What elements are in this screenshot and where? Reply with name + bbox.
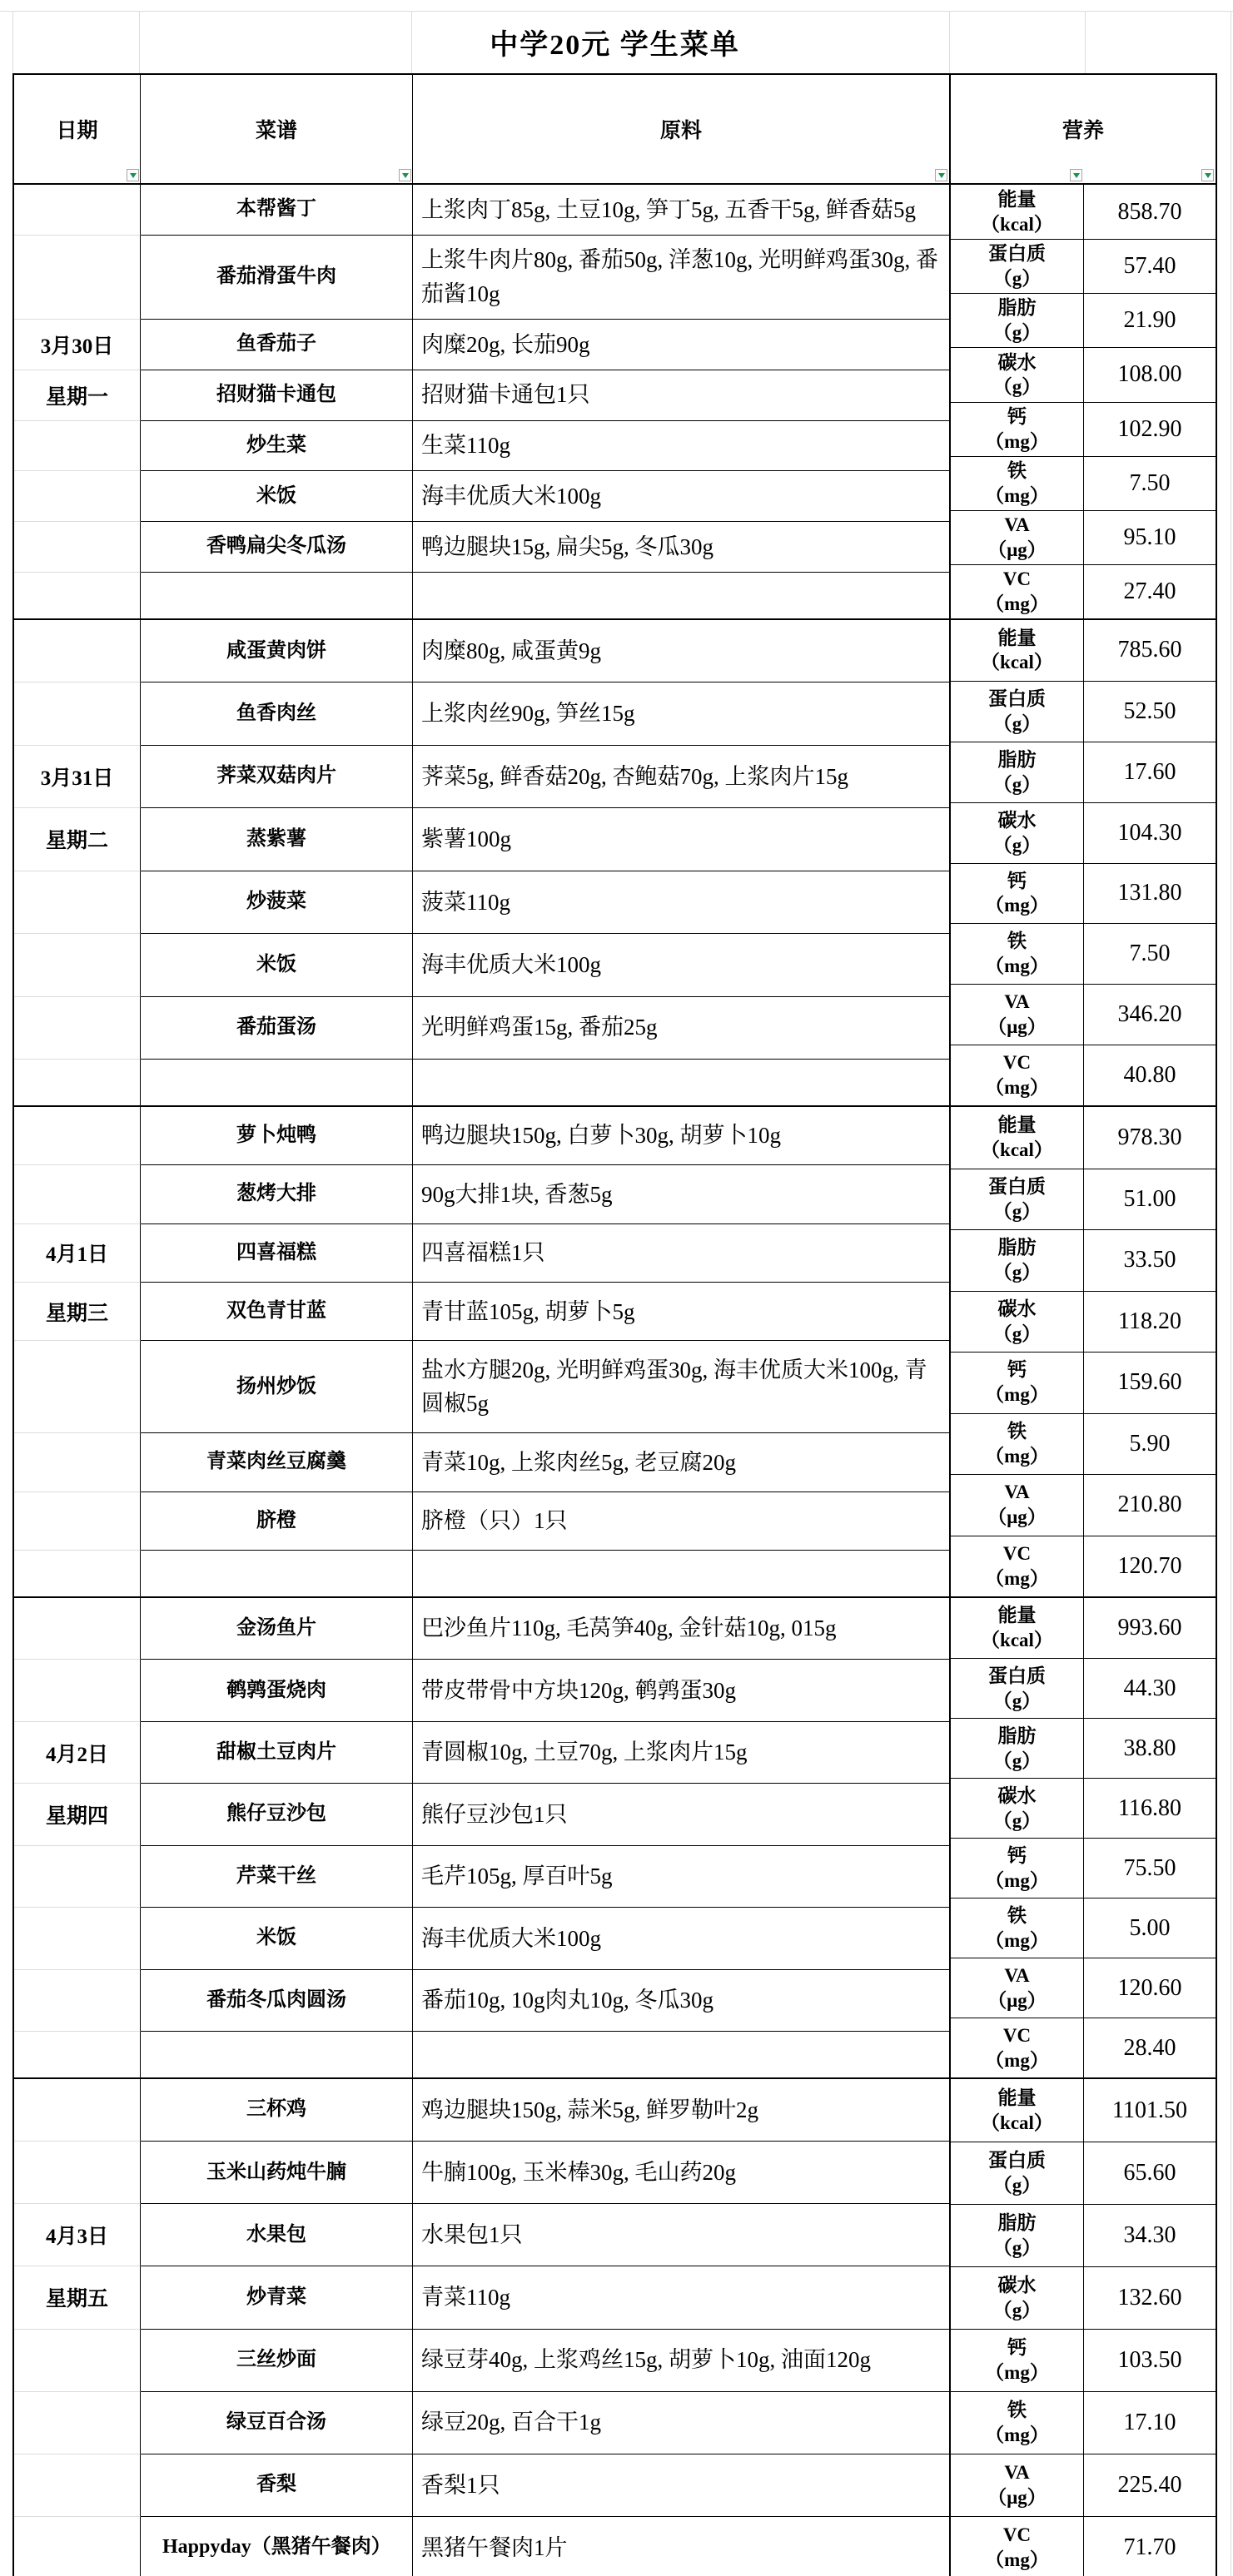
dish-name-cell: 金汤鱼片 xyxy=(141,1598,413,1659)
ingredients-cell: 青菜110g xyxy=(413,2266,951,2328)
dish-name-cell: 葱烤大排 xyxy=(141,1164,413,1223)
nutrient-name: 能量 xyxy=(998,1603,1037,1628)
ingredients-text: 熊仔豆沙包1只 xyxy=(421,1798,568,1832)
date-cell xyxy=(14,996,141,1059)
nutrient-value: 1101.50 xyxy=(1112,2097,1187,2124)
dish-name: 米饭 xyxy=(256,484,296,509)
date-cell: 3月31日 xyxy=(14,745,141,807)
dish-name: 三杯鸡 xyxy=(246,2097,306,2122)
nutrient-value: 120.60 xyxy=(1118,1975,1182,2002)
nutrient-unit: （mg） xyxy=(985,1869,1049,1894)
nutrient-name: 能量 xyxy=(998,626,1037,651)
nutrition-row: 能量（kcal）858.70 xyxy=(951,185,1216,239)
nutrient-label-cell: 蛋白质（g） xyxy=(951,1658,1084,1718)
dish-name: Happyday（黑猪午餐肉） xyxy=(162,2534,390,2560)
nutrient-value-cell: 102.90 xyxy=(1084,402,1216,456)
nutrient-value: 108.00 xyxy=(1118,361,1182,388)
ingredients-cell: 熊仔豆沙包1只 xyxy=(413,1783,951,1844)
dish-name-cell: 香梨 xyxy=(141,2454,413,2516)
nutrient-value-cell: 21.90 xyxy=(1084,293,1216,347)
nutrition-row: 能量（kcal）1101.50 xyxy=(951,2079,1216,2142)
dish-name-cell: 脐橙 xyxy=(141,1491,413,1550)
nutrition-subgrid: 能量（kcal）785.60蛋白质（g）52.50脂肪（g）17.60碳水（g）… xyxy=(951,620,1216,1105)
nutrient-value-cell: 51.00 xyxy=(1084,1169,1216,1230)
menu-row: 星期二蒸紫薯紫薯100g xyxy=(14,807,951,870)
nutrient-label-cell: 碳水（g） xyxy=(951,1291,1084,1353)
nutrient-value-cell: 132.60 xyxy=(1084,2266,1216,2329)
date-cell: 4月1日 xyxy=(14,1223,141,1282)
nutrition-row: 能量（kcal）978.30 xyxy=(951,1107,1216,1169)
menu-row: 香梨香梨1只 xyxy=(14,2454,951,2516)
dish-name: 本帮酱丁 xyxy=(236,196,316,222)
nutrient-label-cell: VC（mg） xyxy=(951,1045,1084,1105)
nutrition-row: 钙（mg）75.50 xyxy=(951,1838,1216,1898)
nutrient-value-cell: 104.30 xyxy=(1084,802,1216,863)
nutrient-label-cell: 碳水（g） xyxy=(951,347,1084,401)
nutrient-value: 131.80 xyxy=(1118,880,1182,906)
menu-row: 3月31日荠菜双菇肉片荠菜5g, 鲜香菇20g, 杏鲍菇70g, 上浆肉片15g xyxy=(14,745,951,807)
dish-name-cell xyxy=(141,2031,413,2077)
menu-row: 三杯鸡鸡边腿块150g, 蒜米5g, 鲜罗勒叶2g xyxy=(14,2079,951,2141)
dish-name: 鱼香肉丝 xyxy=(236,701,316,727)
nutrient-name: 能量 xyxy=(998,187,1037,212)
menu-row: 4月1日四喜福糕四喜福糕1只 xyxy=(14,1223,951,1282)
nutrient-value-cell: 65.60 xyxy=(1084,2142,1216,2204)
menu-row: 鱼香肉丝上浆肉丝90g, 笋丝15g xyxy=(14,682,951,744)
column-header-date: 日期 xyxy=(14,75,141,183)
nutrient-unit: （g） xyxy=(993,1322,1042,1347)
nutrient-value: 75.50 xyxy=(1124,1855,1176,1882)
nutrient-value: 159.60 xyxy=(1118,1369,1182,1396)
menu-row: 番茄蛋汤光明鲜鸡蛋15g, 番茄25g xyxy=(14,996,951,1059)
nutrient-label-cell: VA（μg） xyxy=(951,510,1084,564)
dish-name: 四喜福糕 xyxy=(236,1240,316,1266)
nutrient-value-cell: 34.30 xyxy=(1084,2204,1216,2266)
nutrient-label-cell: 脂肪（g） xyxy=(951,742,1084,802)
nutrient-name: 能量 xyxy=(998,1113,1037,1138)
nutrient-unit: （μg） xyxy=(987,538,1047,563)
nutrient-label-cell: 能量（kcal） xyxy=(951,1107,1084,1169)
dish-name-cell xyxy=(141,1550,413,1596)
nutrient-value: 21.90 xyxy=(1124,307,1176,334)
dish-name-cell: 本帮酱丁 xyxy=(141,185,413,235)
ingredients-cell: 带皮带骨中方块120g, 鹌鹑蛋30g xyxy=(413,1659,951,1720)
ingredients-cell xyxy=(413,1550,951,1596)
ingredients-text: 海丰优质大米100g xyxy=(421,1922,601,1956)
dish-name-cell: 芹菜干丝 xyxy=(141,1845,413,1907)
dish-name: 葱烤大排 xyxy=(236,1181,316,1207)
date-cell: 4月3日 xyxy=(14,2203,141,2266)
nutrient-name: 铁 xyxy=(1007,459,1027,484)
nutrient-name: 铁 xyxy=(1007,929,1027,954)
menu-row: 鹌鹑蛋烧肉带皮带骨中方块120g, 鹌鹑蛋30g xyxy=(14,1659,951,1720)
nutrient-name: VA xyxy=(1004,1963,1029,1988)
nutrient-unit: （g） xyxy=(993,320,1042,345)
nutrition-row: 钙（mg）159.60 xyxy=(951,1352,1216,1413)
dish-name-cell: 玉米山药炖牛腩 xyxy=(141,2141,413,2203)
dish-name: 炒青菜 xyxy=(246,2285,306,2310)
dish-name-cell: 三杯鸡 xyxy=(141,2079,413,2141)
dish-name: 番茄滑蛋牛肉 xyxy=(216,264,336,290)
nutrient-value-cell: 5.90 xyxy=(1084,1413,1216,1475)
nutrient-value: 51.00 xyxy=(1124,1186,1176,1213)
ingredients-cell: 肉糜20g, 长茄90g xyxy=(413,319,951,370)
nutrient-name: 钙 xyxy=(1007,869,1027,894)
menu-row: 脐橙脐橙（只）1只 xyxy=(14,1491,951,1550)
nutrient-name: 碳水 xyxy=(998,1297,1037,1322)
menu-row: 绿豆百合汤绿豆20g, 百合干1g xyxy=(14,2391,951,2454)
ingredients-text: 水果包1只 xyxy=(421,2218,523,2252)
nutrient-label-cell: VC（mg） xyxy=(951,564,1084,618)
nutrient-value: 38.80 xyxy=(1124,1735,1176,1762)
nutrition-row: VA（μg）225.40 xyxy=(951,2454,1216,2516)
menu-row: 4月3日水果包水果包1只 xyxy=(14,2203,951,2266)
menu-row: 炒生菜生菜110g xyxy=(14,420,951,471)
ingredients-cell: 盐水方腿20g, 光明鲜鸡蛋30g, 海丰优质大米100g, 青圆椒5g xyxy=(413,1340,951,1432)
nutrient-value-cell: 52.50 xyxy=(1084,681,1216,742)
menu-subgrid: 三杯鸡鸡边腿块150g, 蒜米5g, 鲜罗勒叶2g玉米山药炖牛腩牛腩100g, … xyxy=(14,2079,951,2576)
filter-arrow-icon xyxy=(938,173,945,178)
nutrient-label-cell: 蛋白质（g） xyxy=(951,239,1084,293)
dish-name: 绿豆百合汤 xyxy=(226,2410,326,2435)
nutrition-row: VC（mg）120.70 xyxy=(951,1536,1216,1597)
nutrient-value: 346.20 xyxy=(1118,1001,1182,1028)
dish-name: 咸蛋黄肉饼 xyxy=(226,638,326,664)
nutrient-value: 210.80 xyxy=(1118,1491,1182,1518)
dish-name: 鱼香茄子 xyxy=(236,331,316,357)
nutrition-subgrid: 能量（kcal）1101.50蛋白质（g）65.60脂肪（g）34.30碳水（g… xyxy=(951,2079,1216,2576)
nutrient-value: 44.30 xyxy=(1124,1675,1176,1702)
dish-name-cell: 水果包 xyxy=(141,2203,413,2266)
ingredients-cell: 青菜10g, 上浆肉丝5g, 老豆腐20g xyxy=(413,1432,951,1491)
weekday-label: 星期五 xyxy=(46,2282,108,2312)
menu-row xyxy=(14,572,951,618)
nutrient-value: 52.50 xyxy=(1124,698,1176,725)
dish-name: 炒生菜 xyxy=(246,433,306,459)
nutrition-row: VA（μg）120.60 xyxy=(951,1958,1216,2018)
column-header-menu: 菜谱 xyxy=(141,75,413,183)
dish-name: 米饭 xyxy=(256,952,296,978)
nutrition-row: VA（μg）95.10 xyxy=(951,510,1216,564)
nutrient-label-cell: 钙（mg） xyxy=(951,863,1084,924)
nutrient-value-cell: 118.20 xyxy=(1084,1291,1216,1353)
filter-button-ingredients[interactable] xyxy=(935,169,947,181)
ingredients-text: 绿豆芽40g, 上浆鸡丝15g, 胡萝卜10g, 油面120g xyxy=(421,2343,871,2377)
date-cell xyxy=(14,1969,141,2031)
nutrient-unit: （g） xyxy=(993,1809,1042,1834)
dish-name-cell: 萝卜炖鸭 xyxy=(141,1107,413,1164)
dish-name-cell: Happyday（黑猪午餐肉） xyxy=(141,2516,413,2576)
dish-name-cell: 招财猫卡通包 xyxy=(141,370,413,420)
date-cell: 3月30日 xyxy=(14,319,141,370)
nutrition-row: 能量（kcal）993.60 xyxy=(951,1598,1216,1658)
weekday-label: 星期四 xyxy=(46,1799,108,1829)
ingredients-cell: 青圆椒10g, 土豆70g, 上浆肉片15g xyxy=(413,1721,951,1783)
filter-button-nutrient-value[interactable] xyxy=(1201,169,1214,181)
nutrient-label-cell: 能量（kcal） xyxy=(951,1598,1084,1658)
ingredients-text: 绿豆20g, 百合干1g xyxy=(421,2405,601,2440)
date-cell xyxy=(14,185,141,235)
ingredients-cell: 绿豆芽40g, 上浆鸡丝15g, 胡萝卜10g, 油面120g xyxy=(413,2329,951,2391)
date-label: 3月30日 xyxy=(41,330,114,360)
nutrient-name: 脂肪 xyxy=(998,2211,1037,2236)
ingredients-text: 香梨1只 xyxy=(421,2469,500,2503)
nutrient-label-cell: 钙（mg） xyxy=(951,1352,1084,1413)
menu-subgrid: 萝卜炖鸭鸭边腿块150g, 白萝卜30g, 胡萝卜10g葱烤大排90g大排1块,… xyxy=(14,1107,951,1596)
nutrition-row: 蛋白质（g）51.00 xyxy=(951,1169,1216,1230)
day-block: 咸蛋黄肉饼肉糜80g, 咸蛋黄9g鱼香肉丝上浆肉丝90g, 笋丝15g3月31日… xyxy=(14,620,1216,1107)
nutrient-unit: （mg） xyxy=(985,1382,1049,1407)
filter-button-nutrient-label[interactable] xyxy=(1070,169,1082,181)
nutrition-row: 脂肪（g）33.50 xyxy=(951,1229,1216,1291)
date-cell xyxy=(14,235,141,319)
dish-name: 蒸紫薯 xyxy=(246,826,306,852)
nutrient-unit: （mg） xyxy=(985,2548,1049,2573)
ingredients-cell: 水果包1只 xyxy=(413,2203,951,2266)
dish-name-cell: 三丝炒面 xyxy=(141,2329,413,2391)
ingredients-cell: 黑猪午餐肉1片 xyxy=(413,2516,951,2576)
nutrient-value: 5.00 xyxy=(1130,1915,1171,1942)
nutrient-unit: （mg） xyxy=(985,1928,1049,1953)
dish-name-cell: 米饭 xyxy=(141,1907,413,1968)
ingredients-cell: 菠菜110g xyxy=(413,871,951,933)
nutrient-name: 脂肪 xyxy=(998,295,1037,320)
date-cell xyxy=(14,933,141,995)
ingredients-text: 肉糜20g, 长茄90g xyxy=(421,328,590,362)
nutrition-row: 碳水（g）104.30 xyxy=(951,802,1216,863)
menu-row: 咸蛋黄肉饼肉糜80g, 咸蛋黄9g xyxy=(14,620,951,682)
nutrient-value: 225.40 xyxy=(1118,2472,1182,2499)
ingredients-cell: 巴沙鱼片110g, 毛莴笋40g, 金针菇10g, 015g xyxy=(413,1598,951,1659)
menu-row: Happyday（黑猪午餐肉）黑猪午餐肉1片 xyxy=(14,2516,951,2576)
nutrition-row: 碳水（g）108.00 xyxy=(951,347,1216,401)
nutrient-value-cell: 120.70 xyxy=(1084,1536,1216,1597)
date-label: 3月31日 xyxy=(41,762,114,792)
ingredients-text: 菠菜110g xyxy=(421,886,510,920)
menu-row xyxy=(14,1550,951,1596)
nutrient-label-cell: 铁（mg） xyxy=(951,2391,1084,2454)
nutrient-unit: （μg） xyxy=(987,2485,1047,2510)
dish-name: 熊仔豆沙包 xyxy=(226,1801,326,1827)
nutrition-row: 铁（mg）5.90 xyxy=(951,1413,1216,1475)
nutrient-unit: （mg） xyxy=(985,1566,1049,1591)
nutrient-unit: （mg） xyxy=(985,429,1049,454)
ingredients-text: 海丰优质大米100g xyxy=(421,479,601,514)
nutrient-label-cell: 碳水（g） xyxy=(951,802,1084,863)
date-cell xyxy=(14,682,141,744)
nutrient-value: 120.70 xyxy=(1118,1553,1182,1580)
column-header-ingredients: 原料 xyxy=(413,75,951,183)
nutrient-name: 脂肪 xyxy=(998,1235,1037,1260)
nutrient-label-cell: 钙（mg） xyxy=(951,1838,1084,1898)
ingredients-cell: 90g大排1块, 香葱5g xyxy=(413,1164,951,1223)
date-label: 4月1日 xyxy=(46,1238,108,1268)
ingredients-text: 青菜110g xyxy=(421,2281,510,2315)
nutrition-row: 蛋白质（g）44.30 xyxy=(951,1658,1216,1718)
ingredients-cell: 鸭边腿块150g, 白萝卜30g, 胡萝卜10g xyxy=(413,1107,951,1164)
date-cell xyxy=(14,2031,141,2077)
nutrient-unit: （mg） xyxy=(985,2360,1049,2385)
nutrient-value-cell: 75.50 xyxy=(1084,1838,1216,1898)
ingredients-text: 鸡边腿块150g, 蒜米5g, 鲜罗勒叶2g xyxy=(421,2093,758,2127)
sheet-gridline xyxy=(1231,11,1231,2576)
nutrition-row: VA（μg）210.80 xyxy=(951,1474,1216,1536)
menu-subgrid: 咸蛋黄肉饼肉糜80g, 咸蛋黄9g鱼香肉丝上浆肉丝90g, 笋丝15g3月31日… xyxy=(14,620,951,1105)
menu-row: 青菜肉丝豆腐羹青菜10g, 上浆肉丝5g, 老豆腐20g xyxy=(14,1432,951,1491)
menu-row: 本帮酱丁上浆肉丁85g, 土豆10g, 笋丁5g, 五香干5g, 鲜香菇5g xyxy=(14,185,951,235)
nutrient-value: 7.50 xyxy=(1130,941,1171,967)
weekday-label: 星期三 xyxy=(46,1297,108,1327)
menu-row: 葱烤大排90g大排1块, 香葱5g xyxy=(14,1164,951,1223)
nutrient-name: VA xyxy=(1004,1480,1029,1505)
nutrition-row: VC（mg）40.80 xyxy=(951,1045,1216,1105)
nutrition-row: 蛋白质（g）52.50 xyxy=(951,681,1216,742)
nutrition-row: 脂肪（g）17.60 xyxy=(951,742,1216,802)
nutrient-value-cell: 33.50 xyxy=(1084,1229,1216,1291)
nutrient-name: 蛋白质 xyxy=(988,1664,1046,1689)
day-block: 本帮酱丁上浆肉丁85g, 土豆10g, 笋丁5g, 五香干5g, 鲜香菇5g番茄… xyxy=(14,185,1216,620)
nutrition-row: 钙（mg）102.90 xyxy=(951,402,1216,456)
nutrient-value: 858.70 xyxy=(1118,199,1182,226)
date-cell xyxy=(14,871,141,933)
ingredients-cell: 鸡边腿块150g, 蒜米5g, 鲜罗勒叶2g xyxy=(413,2079,951,2141)
date-cell: 星期一 xyxy=(14,370,141,420)
ingredients-cell: 上浆肉丁85g, 土豆10g, 笋丁5g, 五香干5g, 鲜香菇5g xyxy=(413,185,951,235)
nutrient-value-cell: 978.30 xyxy=(1084,1107,1216,1169)
dish-name: 番茄冬瓜肉圆汤 xyxy=(206,1988,346,2013)
nutrient-value-cell: 71.70 xyxy=(1084,2516,1216,2576)
filter-button-date[interactable] xyxy=(127,169,139,181)
nutrient-value-cell: 7.50 xyxy=(1084,923,1216,984)
menu-subgrid: 金汤鱼片巴沙鱼片110g, 毛莴笋40g, 金针菇10g, 015g鹌鹑蛋烧肉带… xyxy=(14,1598,951,2077)
nutrient-label-cell: 铁（mg） xyxy=(951,456,1084,510)
dish-name: 香梨 xyxy=(256,2472,296,2498)
menu-row: 米饭海丰优质大米100g xyxy=(14,470,951,521)
nutrient-unit: （g） xyxy=(993,772,1042,797)
nutrient-value: 71.70 xyxy=(1124,2534,1176,2561)
nutrient-unit: （mg） xyxy=(985,954,1049,979)
nutrient-value: 103.50 xyxy=(1118,2347,1182,2374)
nutrient-label-cell: 蛋白质（g） xyxy=(951,2142,1084,2204)
menu-row: 星期五炒青菜青菜110g xyxy=(14,2266,951,2328)
ingredients-cell xyxy=(413,572,951,618)
column-header-nutrition: 营养 xyxy=(951,75,1216,183)
nutrient-unit: （g） xyxy=(993,2236,1042,2261)
date-cell xyxy=(14,1059,141,1105)
dish-name-cell: 鹌鹑蛋烧肉 xyxy=(141,1659,413,1720)
nutrient-unit: （g） xyxy=(993,1199,1042,1224)
dish-name-cell: 咸蛋黄肉饼 xyxy=(141,620,413,682)
nutrient-name: 蛋白质 xyxy=(988,241,1046,266)
nutrition-row: 钙（mg）103.50 xyxy=(951,2329,1216,2391)
nutrient-value-cell: 28.40 xyxy=(1084,2018,1216,2077)
nutrient-unit: （mg） xyxy=(985,1075,1049,1100)
ingredients-text: 番茄10g, 10g肉丸10g, 冬瓜30g xyxy=(421,1983,713,2018)
nutrient-value: 993.60 xyxy=(1118,1615,1182,1641)
nutrition-subgrid: 能量（kcal）858.70蛋白质（g）57.40脂肪（g）21.90碳水（g）… xyxy=(951,185,1216,618)
day-block: 金汤鱼片巴沙鱼片110g, 毛莴笋40g, 金针菇10g, 015g鹌鹑蛋烧肉带… xyxy=(14,1598,1216,2079)
nutrient-label-cell: VC（mg） xyxy=(951,2018,1084,2077)
nutrient-value-cell: 858.70 xyxy=(1084,185,1216,239)
menu-row xyxy=(14,1059,951,1105)
filter-arrow-icon xyxy=(1073,173,1080,178)
dish-name-cell: 香鸭扁尖冬瓜汤 xyxy=(141,521,413,572)
dish-name-cell xyxy=(141,1059,413,1105)
ingredients-text: 青菜10g, 上浆肉丝5g, 老豆腐20g xyxy=(421,1446,736,1480)
menu-row: 扬州炒饭盐水方腿20g, 光明鲜鸡蛋30g, 海丰优质大米100g, 青圆椒5g xyxy=(14,1340,951,1432)
ingredients-text: 海丰优质大米100g xyxy=(421,948,601,982)
nutrition-row: 脂肪（g）21.90 xyxy=(951,293,1216,347)
nutrient-label-cell: 脂肪（g） xyxy=(951,2204,1084,2266)
ingredients-text: 上浆牛肉片80g, 番茄50g, 洋葱10g, 光明鲜鸡蛋30g, 番茄酱10g xyxy=(421,243,941,310)
ingredients-cell: 海丰优质大米100g xyxy=(413,1907,951,1968)
nutrient-value-cell: 1101.50 xyxy=(1084,2079,1216,2142)
nutrient-name: 碳水 xyxy=(998,2273,1037,2298)
dish-name: 青菜肉丝豆腐羹 xyxy=(206,1449,346,1475)
nutrition-row: 碳水（g）118.20 xyxy=(951,1291,1216,1353)
nutrition-row: VC（mg）27.40 xyxy=(951,564,1216,618)
nutrient-name: 蛋白质 xyxy=(988,2148,1046,2173)
filter-arrow-icon xyxy=(402,173,409,178)
dish-name: 炒菠菜 xyxy=(246,889,306,915)
dish-name-cell: 蒸紫薯 xyxy=(141,807,413,870)
ingredients-text: 青圆椒10g, 土豆70g, 上浆肉片15g xyxy=(421,1735,748,1769)
nutrition-row: 能量（kcal）785.60 xyxy=(951,620,1216,681)
date-cell: 星期五 xyxy=(14,2266,141,2328)
nutrient-unit: （mg） xyxy=(985,2048,1049,2073)
nutrient-value-cell: 225.40 xyxy=(1084,2454,1216,2516)
nutrient-name: VA xyxy=(1004,513,1029,538)
nutrient-unit: （mg） xyxy=(985,893,1049,918)
dish-name: 双色青甘蓝 xyxy=(226,1298,326,1324)
nutrient-name: 铁 xyxy=(1007,2398,1027,2423)
nutrient-label-cell: VA（μg） xyxy=(951,1474,1084,1536)
nutrition-row: VC（mg）71.70 xyxy=(951,2516,1216,2576)
nutrient-value-cell: 103.50 xyxy=(1084,2329,1216,2391)
nutrient-name: 钙 xyxy=(1007,405,1027,429)
day-block: 萝卜炖鸭鸭边腿块150g, 白萝卜30g, 胡萝卜10g葱烤大排90g大排1块,… xyxy=(14,1107,1216,1598)
nutrient-unit: （μg） xyxy=(987,1015,1047,1040)
menu-row: 炒菠菜菠菜110g xyxy=(14,871,951,933)
nutrient-label-cell: 能量（kcal） xyxy=(951,185,1084,239)
menu-row xyxy=(14,2031,951,2077)
ingredients-text: 牛腩100g, 玉米棒30g, 毛山药20g xyxy=(421,2156,736,2190)
nutrient-label-cell: 钙（mg） xyxy=(951,2329,1084,2391)
dish-name: 香鸭扁尖冬瓜汤 xyxy=(206,534,346,559)
dish-name-cell: 鱼香肉丝 xyxy=(141,682,413,744)
nutrient-value-cell: 44.30 xyxy=(1084,1658,1216,1718)
ingredients-text: 黑猪午餐肉1片 xyxy=(421,2531,568,2565)
ingredients-text: 光明鲜鸡蛋15g, 番茄25g xyxy=(421,1010,658,1045)
nutrient-unit: （g） xyxy=(993,375,1042,400)
ingredients-text: 鸭边腿块150g, 白萝卜30g, 胡萝卜10g xyxy=(421,1119,781,1153)
nutrient-value-cell: 27.40 xyxy=(1084,564,1216,618)
nutrient-value-cell: 17.10 xyxy=(1084,2391,1216,2454)
date-cell xyxy=(14,2454,141,2516)
ingredients-cell xyxy=(413,2031,951,2077)
menu-row: 三丝炒面绿豆芽40g, 上浆鸡丝15g, 胡萝卜10g, 油面120g xyxy=(14,2329,951,2391)
nutrition-row: 碳水（g）116.80 xyxy=(951,1778,1216,1838)
nutrient-name: 铁 xyxy=(1007,1903,1027,1928)
nutrition-row: 铁（mg）17.10 xyxy=(951,2391,1216,2454)
nutrient-name: VC xyxy=(1003,2523,1031,2548)
nutrient-label-cell: 脂肪（g） xyxy=(951,1229,1084,1291)
filter-button-menu[interactable] xyxy=(399,169,411,181)
nutrient-name: VC xyxy=(1003,2023,1031,2048)
menu-row: 星期四熊仔豆沙包熊仔豆沙包1只 xyxy=(14,1783,951,1844)
nutrient-label-cell: 铁（mg） xyxy=(951,923,1084,984)
menu-row: 星期一招财猫卡通包招财猫卡通包1只 xyxy=(14,370,951,420)
